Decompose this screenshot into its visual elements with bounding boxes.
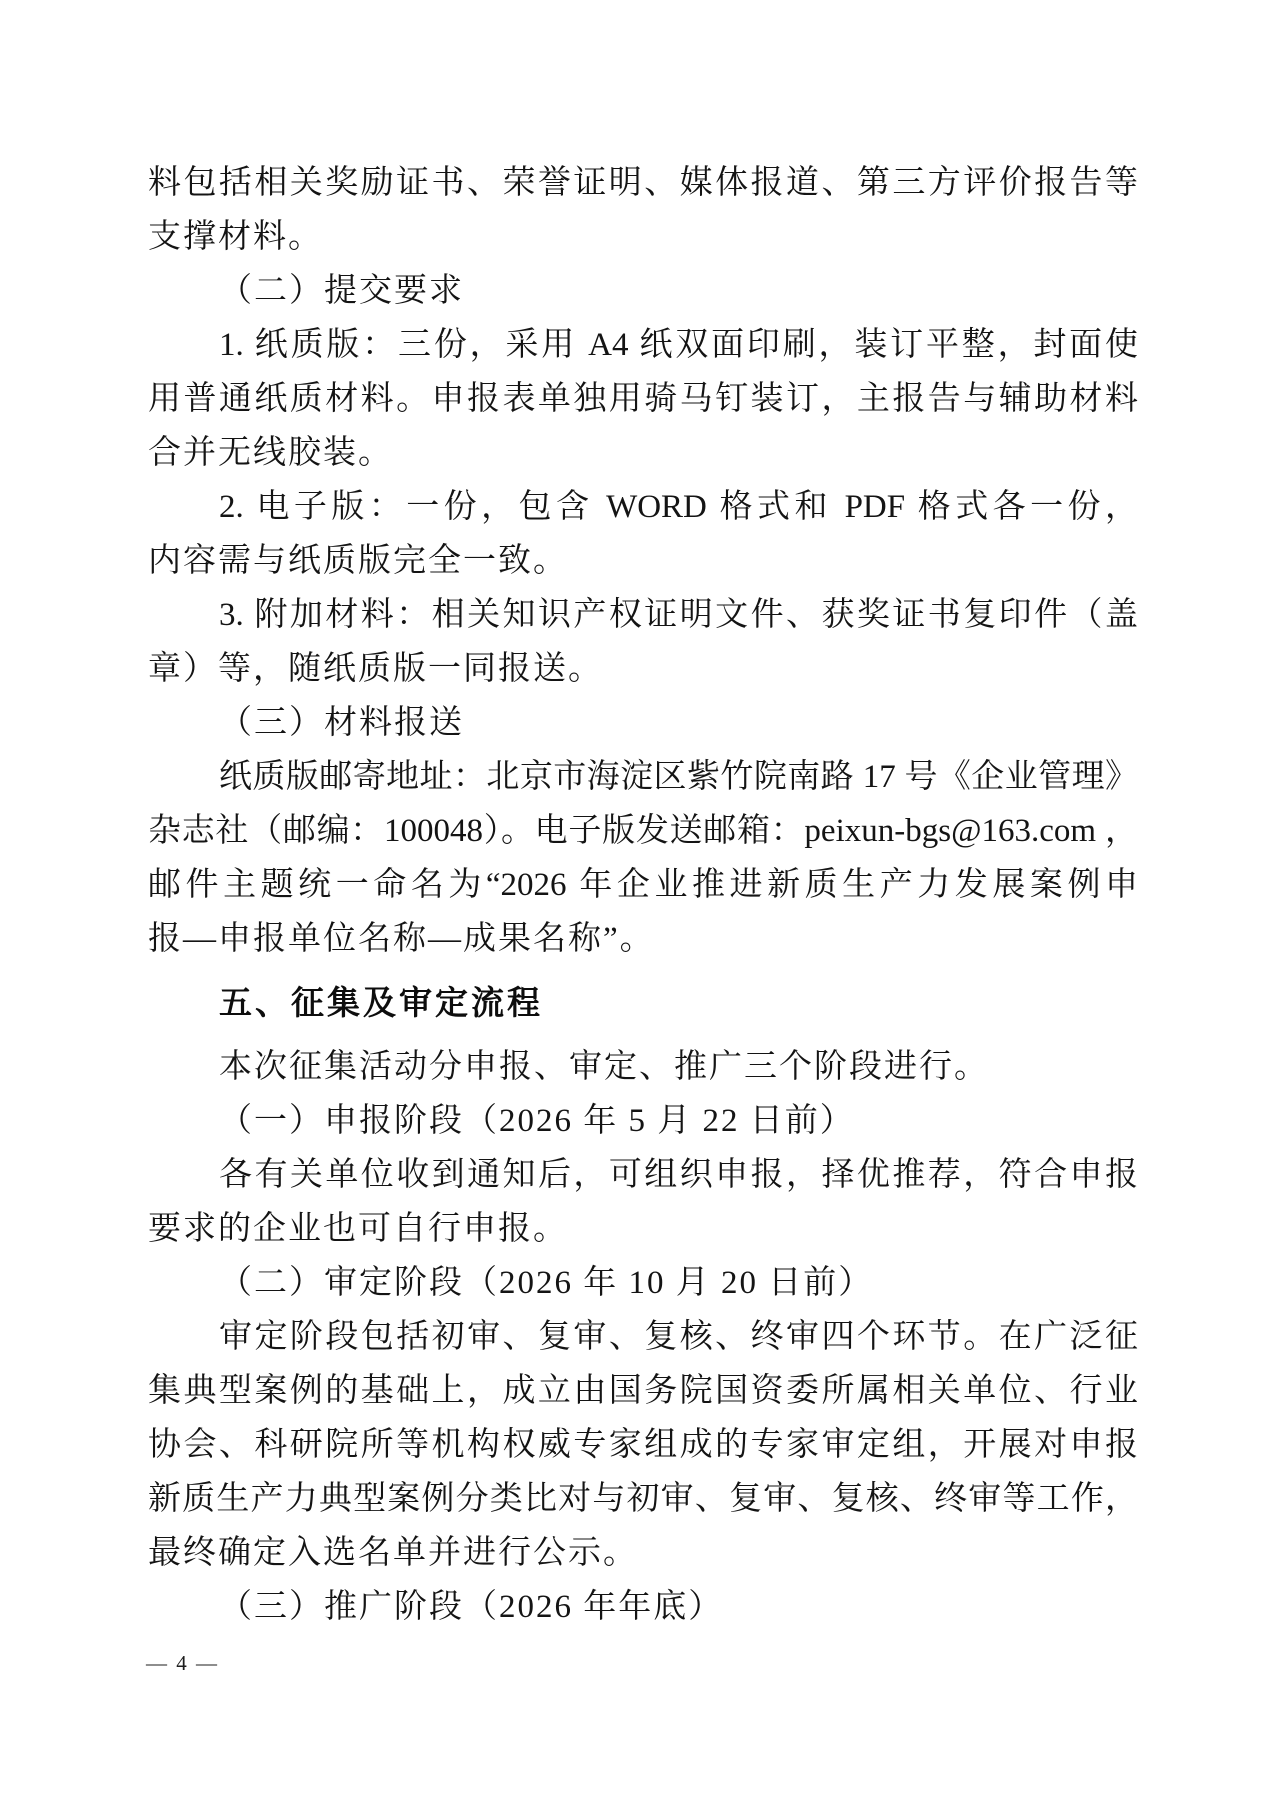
doc-line-20: 要求的企业也可自行申报。: [148, 1202, 1138, 1256]
doc-line-24: 协会、科研院所等机构权威专家组成的专家审定组，开展对申报: [148, 1418, 1138, 1472]
doc-line-26: 最终确定入选名单并进行公示。: [148, 1526, 1138, 1580]
doc-line-5: 用普通纸质材料。申报表单独用骑马钉装订，主报告与辅助材料: [148, 372, 1138, 426]
doc-line-19: 各有关单位收到通知后，可组织申报，择优推荐，符合申报: [148, 1148, 1138, 1202]
doc-line-7: 2. 电子版：一份，包含 WORD 格式和 PDF 格式各一份，: [148, 480, 1138, 534]
section-heading-5: 五、征集及审定流程: [148, 976, 1138, 1030]
doc-line-9: 3. 附加材料：相关知识产权证明文件、获奖证书复印件（盖: [148, 588, 1138, 642]
doc-line-23: 集典型案例的基础上，成立由国务院国资委所属相关单位、行业: [148, 1364, 1138, 1418]
doc-line-10: 章）等，随纸质版一同报送。: [148, 642, 1138, 696]
doc-line-3-subheading-2: （二）提交要求: [148, 264, 1138, 318]
doc-line-27-stage-3: （三）推广阶段（2026 年年底）: [148, 1580, 1138, 1634]
doc-line-22: 审定阶段包括初审、复审、复核、终审四个环节。在广泛征: [148, 1310, 1138, 1364]
doc-line-17: 本次征集活动分申报、审定、推广三个阶段进行。: [148, 1040, 1138, 1094]
document-page: 料包括相关奖励证书、荣誉证明、媒体报道、第三方评价报告等 支撑材料。 （二）提交…: [0, 0, 1280, 1810]
doc-line-14: 邮件主题统一命名为“2026 年企业推进新质生产力发展案例申: [148, 858, 1138, 912]
doc-line-2: 支撑材料。: [148, 210, 1138, 264]
doc-line-21-stage-2: （二）审定阶段（2026 年 10 月 20 日前）: [148, 1256, 1138, 1310]
doc-line-18-stage-1: （一）申报阶段（2026 年 5 月 22 日前）: [148, 1094, 1138, 1148]
doc-line-1: 料包括相关奖励证书、荣誉证明、媒体报道、第三方评价报告等: [148, 156, 1138, 210]
doc-line-8: 内容需与纸质版完全一致。: [148, 534, 1138, 588]
page-number: — 4 —: [146, 1646, 219, 1680]
doc-line-25: 新质生产力典型案例分类比对与初审、复审、复核、终审等工作，: [148, 1472, 1138, 1526]
doc-line-12: 纸质版邮寄地址：北京市海淀区紫竹院南路 17 号《企业管理》: [148, 750, 1138, 804]
document-body: 料包括相关奖励证书、荣誉证明、媒体报道、第三方评价报告等 支撑材料。 （二）提交…: [148, 156, 1138, 1634]
doc-line-15: 报—申报单位名称—成果名称”。: [148, 912, 1138, 966]
doc-line-4: 1. 纸质版：三份，采用 A4 纸双面印刷，装订平整，封面使: [148, 318, 1138, 372]
doc-line-11-subheading-3: （三）材料报送: [148, 696, 1138, 750]
doc-line-6: 合并无线胶装。: [148, 426, 1138, 480]
doc-line-13-email: 杂志社（邮编：100048）。电子版发送邮箱：peixun-bgs@163.co…: [148, 804, 1138, 858]
